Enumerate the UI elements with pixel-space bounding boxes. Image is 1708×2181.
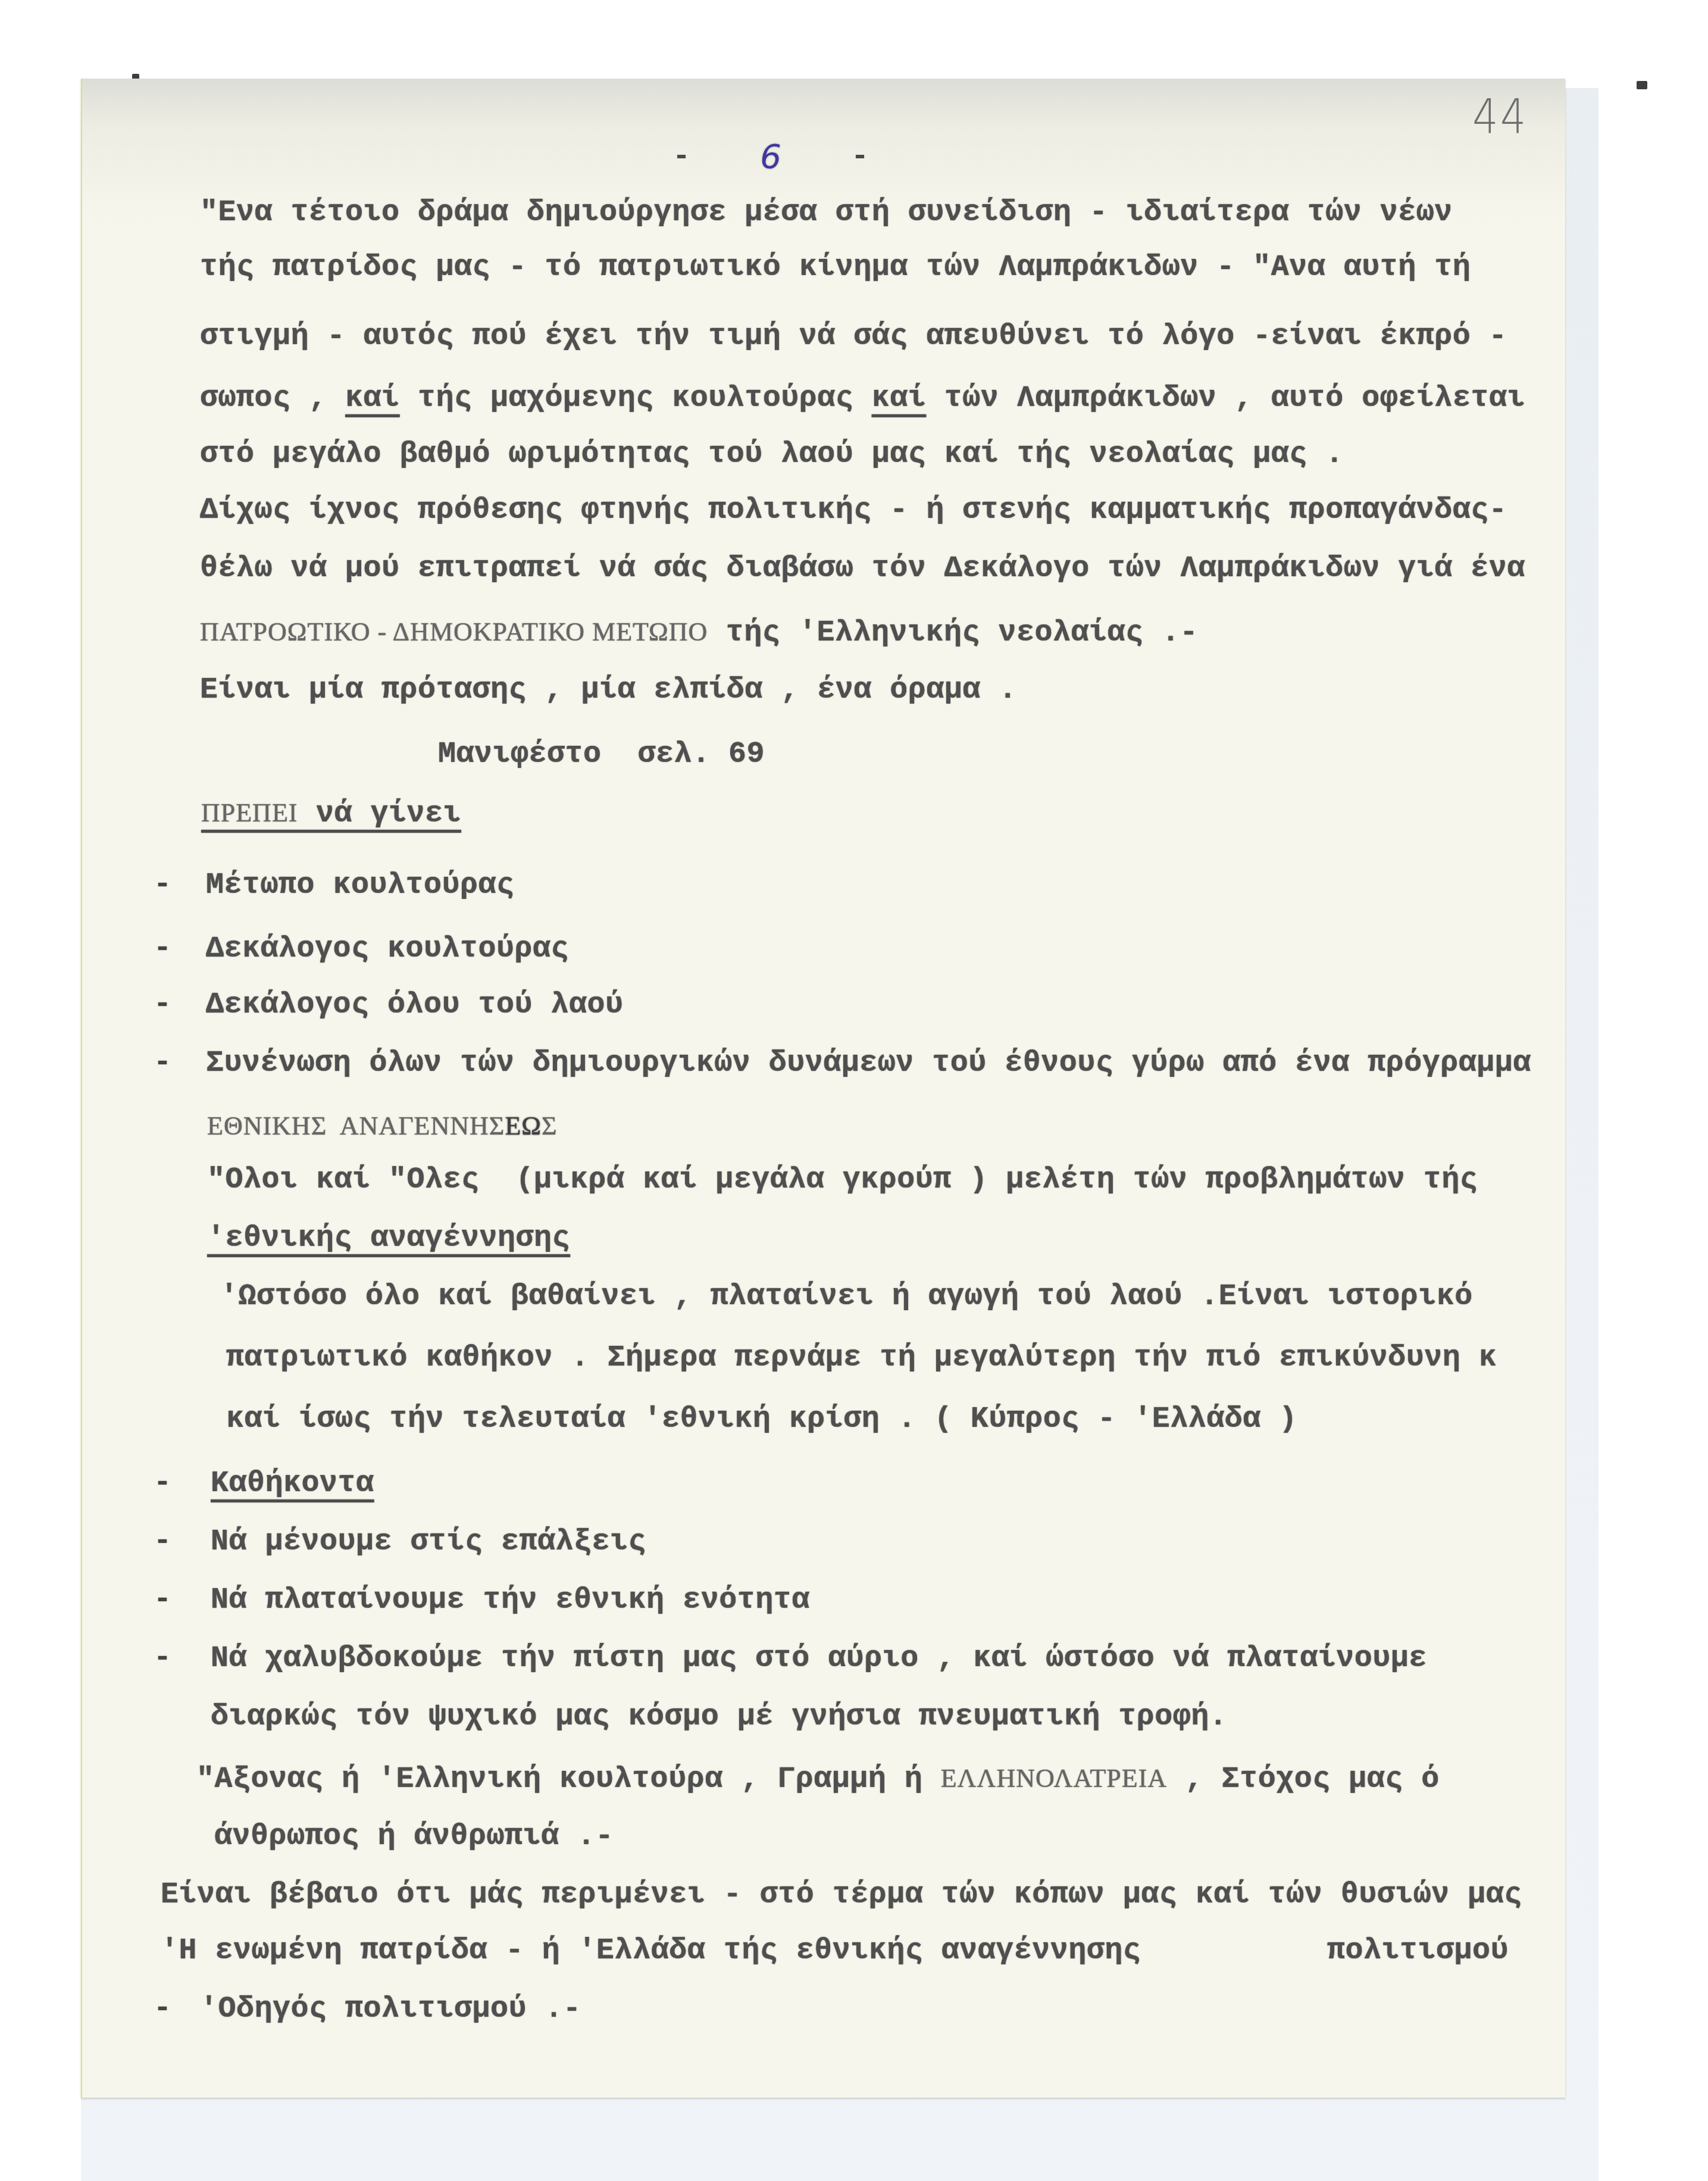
axis-continuation: άνθρωπος ή άνθρωπιά .- [214,1819,614,1855]
bullet-dash: - [154,1583,171,1617]
bullet-dash: - [154,932,171,965]
paragraph-1-line-2: τής πατρίδος μας - τό πατριωτικό κίνημα … [200,250,1471,286]
paragraph-1-line-1: "Ενα τέτοιο δράμα δημιούργησε μέσα στή σ… [200,195,1453,231]
scan-artifact [1637,81,1647,89]
must-list-item: Μέτωπο κουλτούρας [206,868,515,904]
paragraph-2-line-1: Δίχως ίχνος πρόθεσης φτηνής πολιτικής - … [200,493,1507,529]
overstruck-letters: ΕΩ [505,1111,542,1141]
paragraph-2-line-2: θέλω νά μού επιτραπεί νά σάς διαβάσω τόν… [200,551,1525,587]
page-number: 6 [760,138,781,176]
caps-phrase: ΠΑΤΡΟΩΤΙΚΟ - ΔΗΜΟΚΡΑΤΙΚΟ ΜΕΤΩΠΟ [200,617,708,646]
citation: Μανιφέστο σελ. 69 [438,737,765,773]
text-segment: , Στόχος μας ό [1167,1763,1440,1796]
underlined-word: καί [872,382,927,415]
text-segment: τών Λαμπράκιδων , αυτό οφείλεται [926,382,1525,415]
bullet-dash: - [154,1046,171,1080]
must-list-item: Δεκάλογος όλου τού λαού [206,988,624,1023]
page-marker-dash-right: - [851,140,869,174]
must-list-item: Δεκάλογος κουλτούρας [206,932,569,967]
text-segment: τής 'Ελληνικής νεολαίας .- [708,616,1198,650]
text-segment: "Αξονας ή 'Ελληνική κουλτούρα , Γραμμή ή [196,1763,941,1796]
caps-word: ΕΛΛΗΝΟΛΑΤΡΕΙΑ [941,1764,1167,1793]
duties-list-item: Νά χαλυβδοκούμε τήν πίστη μας στό αύριο … [211,1641,1427,1677]
section-heading-rest: νά γίνει [298,797,461,831]
caps-phrase-end: Σ [542,1111,558,1141]
paragraph-3-line-2: πατριωτικό καθήκον . Σήμερα περνάμε τή μ… [226,1341,1497,1376]
duties-list-item: Νά πλαταίνουμε τήν εθνική ενότητα [211,1583,810,1618]
paragraph-2-line-4: Είναι μία πρότασης , μία ελπίδα , ένα όρ… [200,673,1017,708]
duties-list-item: Νά μένουμε στίς επάλξεις [211,1524,646,1560]
bullet-dash: - [154,988,171,1021]
axis-line: "Αξονας ή 'Ελληνική κουλτούρα , Γραμμή ή… [196,1761,1440,1798]
section-heading: ΠΡΕΠΕΙ νά γίνει [201,795,461,832]
paragraph-1-line-3: στιγμή - αυτός πού έχει τήν τιμή νά σάς … [200,319,1507,355]
duties-heading: Καθήκοντα [211,1466,374,1502]
section-heading-caps: ΠΡΕΠΕΙ [201,798,298,827]
closing-line-1: Είναι βέβαιο ότι μάς περιμένει - στό τέρ… [161,1877,1522,1913]
paragraph-2-line-3: ΠΑΤΡΟΩΤΙΚΟ - ΔΗΜΟΚΡΑΤΙΚΟ ΜΕΤΩΠΟ τής 'Ελλ… [200,614,1198,651]
closing-line-2-right: πολιτισμού [1327,1933,1509,1969]
must-list-continuation-line-2: "Ολοι καί "Ολες (μικρά καί μεγάλα γκρούπ… [207,1163,1478,1198]
closing-line-2: 'Η ενωμένη πατρίδα - ή 'Ελλάδα τής εθνικ… [161,1933,1141,1969]
bullet-dash: - [154,1466,171,1500]
must-list-continuation-caps: ΕΘΝΙΚΗΣ ΑΝΑΓΕΝΝΗΣΕΩΣ [207,1108,558,1145]
text-segment: τής μαχόμενης κουλτούρας [400,382,872,415]
paragraph-1-line-5: στό μεγάλο βαθμό ωριμότητας τού λαού μας… [200,437,1344,473]
page-marker-dash-left: - [672,140,690,174]
must-list-item: Συνένωση όλων τών δημιουργικών δυνάμεων … [206,1046,1531,1082]
underlined-word: καί [345,382,400,415]
bullet-dash: - [154,868,171,902]
must-list-continuation-line-3: 'εθνικής αναγέννησης [207,1221,570,1257]
paragraph-3-line-1: 'Ωστόσο όλο καί βαθαίνει , πλαταίνει ή α… [220,1279,1473,1315]
bullet-dash: - [154,1641,171,1675]
duties-continuation: διαρκώς τόν ψυχικό μας κόσμο μέ γνήσια π… [211,1699,1227,1735]
bullet-dash: - [154,1992,171,2026]
caps-phrase: ΕΘΝΙΚΗΣ ΑΝΑΓΕΝΝΗΣ [207,1111,505,1141]
paragraph-1-line-4: σωπος , καί τής μαχόμενης κουλτούρας καί… [200,381,1525,417]
underlined-phrase: 'εθνικής αναγέννησης [207,1221,570,1255]
duties-heading-text: Καθήκοντα [211,1467,374,1501]
bullet-dash: - [154,1524,171,1558]
paragraph-3-line-3: καί ίσως τήν τελευταία 'εθνική κρίση . (… [226,1402,1297,1438]
closing-line-3: 'Οδηγός πολιτισμού .- [200,1992,581,2027]
archive-page-number: 44 [1472,89,1528,145]
page-marker: - 6 - [672,136,869,177]
text-segment: σωπος , [200,382,327,415]
section-heading-text: ΠΡΕΠΕΙ νά γίνει [201,797,461,831]
